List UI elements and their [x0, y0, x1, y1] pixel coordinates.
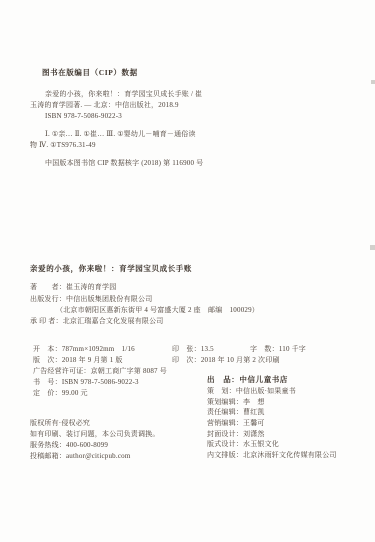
staff-produced-by: 出 品：中信儿童书店 — [207, 375, 288, 384]
staff-planning: 策 划：中信出版·如果童书 — [207, 387, 296, 396]
staff-layout-design: 版式设计：水玉银文化 — [207, 440, 279, 449]
staff-cover-design-label: 封面设计： — [207, 430, 243, 438]
staff-planning-label: 策 划： — [207, 387, 236, 395]
spec-format-value: 787mm×1092mm 1/16 — [62, 345, 135, 353]
spec-printing: 印 次：2018 年 10 月第 2 次印刷 — [172, 356, 280, 365]
spec-words-label: 字 数： — [250, 345, 279, 353]
spec-price: 定 价：99.00 元 — [33, 389, 88, 398]
cip-classification-line2: 物 Ⅳ. ①TS976.31-49 — [30, 141, 96, 150]
printer-line: 承 印 者：北京汇瑞嘉合文化发展有限公司 — [30, 317, 164, 326]
staff-layout-design-label: 版式设计： — [207, 440, 243, 448]
book-title: 亲爱的小孩，你来啦！：育学园宝贝成长手账 — [30, 264, 192, 273]
spec-price-label: 定 价： — [33, 389, 62, 397]
publisher-address: （北京市朝阳区惠新东街甲 4 号富盛大厦 2 座 邮编 100029） — [56, 306, 259, 315]
publisher-label: 出版发行： — [30, 295, 66, 303]
cip-publisher-line: 玉涛的育学园著. — 北京：中信出版社，2018.9 — [30, 101, 179, 110]
staff-responsible-editor-value: 曹红凯 — [243, 408, 265, 416]
staff-marketing-editor-value: 王馨可 — [243, 419, 265, 427]
staff-layout-design-value: 水玉银文化 — [243, 440, 279, 448]
spec-book-number: 书 号：ISBN 978-7-5086-9022-3 — [33, 378, 139, 387]
scan-artifact — [371, 80, 375, 84]
staff-responsible-editor-label: 责任编辑： — [207, 408, 243, 416]
spec-ad-license: 广告经营许可证：京朝工商广字第 8087 号 — [33, 367, 167, 376]
staff-responsible-editor: 责任编辑：曹红凯 — [207, 408, 265, 417]
staff-typesetting-value: 北京沐雨轩文化传媒有限公司 — [243, 451, 337, 459]
author-label: 著 者： — [30, 283, 66, 291]
service-hotline: 服务热线：400-600-8099 — [30, 441, 108, 450]
scan-artifact — [370, 245, 375, 250]
staff-cover-design: 封面设计：刘潇然 — [207, 430, 265, 439]
cip-isbn: ISBN 978-7-5086-9022-3 — [45, 112, 122, 121]
author-value: 崔玉涛的育学园 — [66, 283, 116, 291]
spec-sheets-label: 印 张： — [172, 345, 201, 353]
spec-words-value: 110 千字 — [279, 345, 306, 353]
spec-edition-value: 2018 年 9 月第 1 版 — [62, 356, 123, 364]
spec-sheets-value: 13.5 — [201, 345, 214, 353]
spec-edition: 版 次：2018 年 9 月第 1 版 — [33, 356, 123, 365]
spec-book-number-label: 书 号： — [33, 378, 62, 386]
spec-ad-license-label: 广告经营许可证： — [33, 367, 91, 375]
staff-planning-editor: 策划编辑：李 想 — [207, 398, 265, 407]
staff-marketing-editor: 营销编辑：王馨可 — [207, 419, 265, 428]
staff-produced-by-label: 出 品： — [207, 375, 239, 384]
cip-record-number: 中国版本图书馆 CIP 数据核字 (2018) 第 116900 号 — [45, 159, 203, 168]
spec-printing-value: 2018 年 10 月第 2 次印刷 — [201, 356, 280, 364]
spec-edition-label: 版 次： — [33, 356, 62, 364]
staff-planning-value: 中信出版·如果童书 — [236, 387, 296, 395]
cip-header: 图书在版编目（CIP）数据 — [42, 68, 138, 77]
book-colophon-page: 图书在版编目（CIP）数据 亲爱的小孩，你来啦！：育学园宝贝成长手账 / 崔 玉… — [0, 0, 375, 542]
staff-marketing-editor-label: 营销编辑： — [207, 419, 243, 427]
copyright-statement: 版权所有·侵权必究 — [30, 419, 90, 428]
spec-ad-license-value: 京朝工商广字第 8087 号 — [91, 367, 167, 375]
spec-sheets: 印 张：13.5 — [172, 345, 214, 354]
staff-planning-editor-value: 李 想 — [243, 398, 265, 406]
publisher-line: 出版发行：中信出版集团股份有限公司 — [30, 295, 152, 304]
printer-label: 承 印 者： — [30, 317, 63, 325]
cip-title-line: 亲爱的小孩，你来啦！：育学园宝贝成长手账 / 崔 — [45, 90, 202, 99]
staff-produced-by-value: 中信儿童书店 — [239, 375, 288, 384]
staff-planning-editor-label: 策划编辑： — [207, 398, 243, 406]
spec-price-value: 99.00 元 — [62, 389, 88, 397]
staff-typesetting-label: 内文排版： — [207, 451, 243, 459]
spec-format: 开 本：787mm×1092mm 1/16 — [33, 345, 135, 354]
replacement-policy: 如有印刷、装订问题，本公司负责调换。 — [30, 430, 160, 439]
printer-value: 北京汇瑞嘉合文化发展有限公司 — [63, 317, 164, 325]
spec-printing-label: 印 次： — [172, 356, 201, 364]
cip-classification-line1: Ⅰ. ①亲… Ⅱ. ①崔… Ⅲ. ①婴幼儿－哺育－通俗读 — [45, 130, 196, 139]
staff-typesetting: 内文排版：北京沐雨轩文化传媒有限公司 — [207, 451, 337, 460]
staff-cover-design-value: 刘潇然 — [243, 430, 265, 438]
author-line: 著 者：崔玉涛的育学园 — [30, 283, 116, 292]
spec-book-number-value: ISBN 978-7-5086-9022-3 — [62, 378, 139, 386]
spec-words: 字 数：110 千字 — [250, 345, 306, 354]
publisher-value: 中信出版集团股份有限公司 — [66, 295, 152, 303]
spec-format-label: 开 本： — [33, 345, 62, 353]
submission-email: 投稿邮箱：author@citicpub.com — [30, 452, 130, 461]
